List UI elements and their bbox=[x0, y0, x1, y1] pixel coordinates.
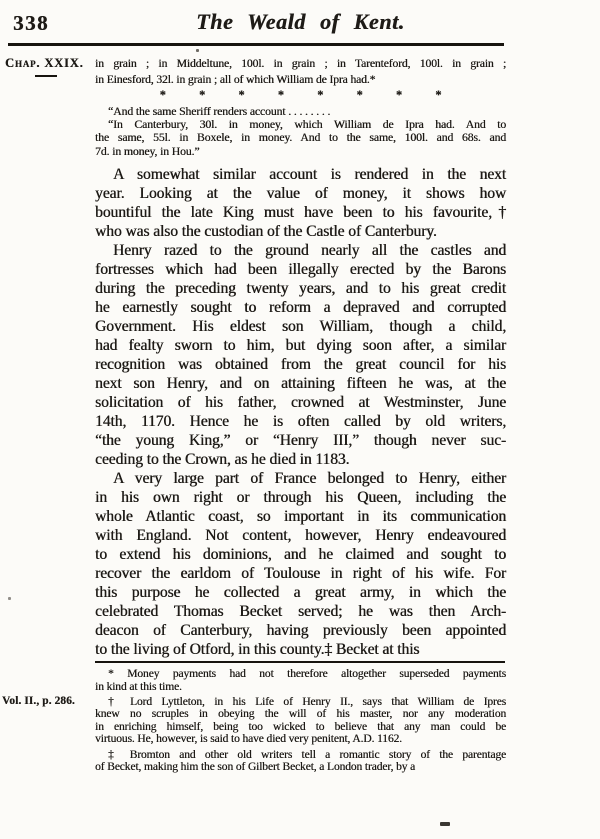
chapter-dash bbox=[35, 75, 57, 77]
header-rule bbox=[8, 43, 504, 46]
page-number: 338 bbox=[13, 11, 49, 36]
scan-artifact-dash bbox=[440, 822, 450, 826]
paragraph-henry-razed: Henry razed to the ground nearly all the… bbox=[95, 241, 506, 469]
footnote-rule bbox=[95, 661, 505, 663]
text-column: in grain ; in Middeltune, 100l. in grain… bbox=[95, 56, 506, 773]
volume-margin-note: Vol. II., p. 286. bbox=[2, 695, 92, 707]
chapter-margin-note: Chap. XXIX. bbox=[5, 56, 91, 71]
footnote-money-payments: * Money payments had not therefore altog… bbox=[95, 668, 506, 693]
scan-artifact-dot bbox=[8, 597, 11, 600]
sheriff-account-quote-2: “In Canterbury, 30l. in money, which Wil… bbox=[95, 118, 506, 158]
scan-artifact-dot bbox=[196, 49, 199, 52]
footnote-bromton: ‡ Bromton and other old writers tell a r… bbox=[95, 749, 506, 774]
paragraph-france-becket: A very large part of France belonged to … bbox=[95, 469, 506, 659]
running-title: The Weald of Kent. bbox=[95, 9, 506, 35]
opening-continuation-text: in grain ; in Middeltune, 100l. in grain… bbox=[95, 56, 506, 88]
book-page-scan: 338 The Weald of Kent. Chap. XXIX. Vol. … bbox=[0, 0, 600, 839]
footnote-lord-lyttleton: † Lord Lyttleton, in his Life of Henry I… bbox=[95, 696, 506, 746]
asterisk-separator: * * * * * * * * bbox=[95, 88, 506, 102]
paragraph-similar-account: A somewhat similar account is rendered i… bbox=[95, 165, 506, 241]
